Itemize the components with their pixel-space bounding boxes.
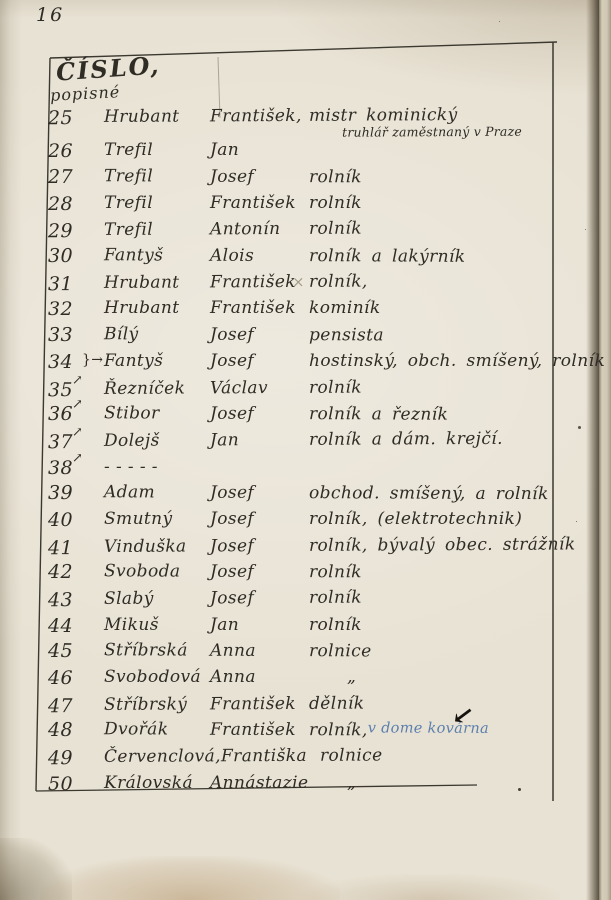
ditto-mark: „ [309, 773, 356, 793]
house-number: 42 [0, 561, 104, 583]
occupation: rolník [309, 615, 362, 635]
surname: Červenclová, [104, 747, 221, 768]
house-number: 49 [0, 747, 104, 770]
house-number: 26 [0, 140, 104, 162]
surname: Fantyš [104, 245, 210, 265]
house-number: 38 [0, 457, 104, 479]
surname: Stříbrská [104, 640, 210, 660]
house-number: 33 [0, 324, 104, 346]
surname: Svobodová [104, 667, 210, 687]
occupation: rolník [309, 588, 362, 608]
house-number: 35 [0, 378, 104, 401]
house-number: 30 [0, 245, 104, 267]
house-number: 27 [0, 165, 104, 187]
check-arrow-mark: ↙ [450, 699, 476, 732]
given-name: František [210, 193, 309, 213]
surname: Dolejš [104, 431, 210, 452]
arrow-marker: ↗ [72, 397, 83, 412]
given-name: Jan [210, 430, 309, 451]
given-name: František, [210, 106, 309, 127]
house-number: 43 [0, 589, 104, 612]
occupation: rolnice [320, 746, 383, 766]
ledger-row: 28TrefilFrantišekrolník [0, 193, 560, 215]
surname: - - - - - [104, 457, 210, 477]
ledger-row: 45StříbrskáAnnarolnice [0, 640, 560, 664]
house-number: 44 [0, 615, 104, 637]
given-name: Annástazie [210, 773, 309, 793]
given-name: Josef [210, 483, 309, 503]
surname: Trefil [104, 193, 210, 213]
ledger-row: 25HrubantFrantišek,mistr kominickýtruhlá… [0, 105, 560, 130]
surname: Trefil [104, 166, 210, 186]
house-number: 48 [0, 719, 104, 741]
ledger-row: 27TrefilJosefrolník [0, 165, 560, 189]
occupation: rolník [309, 219, 362, 239]
given-name: Antonín [210, 219, 309, 240]
surname: Královská [104, 773, 210, 793]
surname: Hrubant [104, 298, 210, 318]
house-number: 28 [0, 193, 104, 215]
given-name: Jan [210, 140, 309, 160]
occupation: obchod. smíšený, a rolník [309, 483, 549, 504]
given-name: Josef [210, 588, 309, 609]
given-name: Josef [210, 324, 309, 344]
occupation: rolník, [309, 720, 368, 740]
given-name: Josef [210, 509, 309, 529]
given-name: František [210, 694, 309, 715]
house-number: 39 [0, 482, 104, 504]
surname: Fantyš [104, 351, 210, 371]
surname: Dvořák [104, 719, 210, 739]
ledger-row: 30FantyšAloisrolník a lakýrník [0, 245, 560, 269]
house-number: 25 [0, 107, 104, 130]
ledger-row: 29TrefilAntonínrolník [0, 218, 560, 243]
given-name: Františka [221, 746, 320, 767]
given-name: Josef [210, 166, 309, 186]
ledger-row: 36↗StiborJosefrolník a řezník [0, 403, 560, 427]
given-name: Alois [210, 245, 309, 265]
house-number: 41 [0, 537, 104, 560]
given-name: František [210, 720, 309, 740]
house-number: 37 [0, 431, 104, 454]
occupation: dělník [309, 693, 365, 713]
occupation: rolník, [309, 272, 368, 292]
house-number: 45 [0, 640, 104, 662]
ledger-row: 35↗ŘezníčekVáclavrolník [0, 376, 560, 401]
occupation: rolník [309, 562, 362, 582]
occupation: kominík [309, 298, 381, 318]
ledger-row: 31HrubantFrantišekrolník,× [0, 271, 560, 296]
surname: Stříbrský [104, 694, 210, 715]
arrow-marker: ↗ [72, 451, 83, 466]
ledger-row: 26TrefilJan [0, 140, 560, 162]
occupation: rolník [309, 377, 362, 397]
ledger-row: 48DvořákFrantišekrolník, v dome kovárna↙ [0, 719, 560, 743]
ledger-row: 33BílýJosefpensista [0, 324, 560, 348]
house-number: 29 [0, 220, 104, 243]
house-number: 36 [0, 403, 104, 425]
scanned-ledger-page: 16 ČÍSLO, popisné 25HrubantFrantišek,mis… [0, 0, 611, 900]
surname: Adam [104, 482, 210, 502]
given-name: Josef [210, 404, 309, 424]
surname: Trefil [104, 140, 210, 160]
ledger-row: 50KrálovskáAnnástazie„ [0, 773, 560, 795]
occupation: pensista [309, 325, 384, 345]
occupation: rolnice [309, 641, 372, 661]
house-number: 31 [0, 273, 104, 296]
occupation: rolník a dám. krejčí. [309, 429, 503, 450]
ledger-row: 38↗- - - - - [0, 457, 560, 479]
surname: Smutný [104, 509, 210, 529]
ledger-row: 42SvobodaJosefrolník [0, 561, 560, 585]
occupation: rolník a lakýrník [309, 246, 466, 267]
arrow-marker: ↗ [72, 373, 83, 388]
surname: Slabý [104, 589, 210, 610]
given-name: František [210, 298, 309, 318]
occupation: rolník [309, 193, 362, 213]
surname: Vinduška [104, 536, 210, 557]
ledger-row: 34}→FantyšJosefhostinský, obch. smíšený,… [0, 351, 560, 373]
given-name: Jan [210, 615, 309, 635]
occupation: rolník [309, 167, 362, 187]
occupation: mistr kominický [309, 105, 458, 126]
pencil-x-mark: × [292, 273, 305, 291]
occupation: rolník, bývalý obec. strážník [309, 534, 576, 555]
ledger-row: 41VinduškaJosefrolník, bývalý obec. strá… [0, 534, 560, 559]
house-number: 40 [0, 509, 104, 531]
surname: Hrubant [104, 106, 210, 127]
ledger-row: 37↗DolejšJanrolník a dám. krejčí. [0, 429, 560, 454]
ledger-row: 32HrubantFrantišekkominík [0, 298, 560, 320]
given-name: Josef [210, 351, 309, 371]
ledger-row: 40SmutnýJosefrolník, (elektrotechnik) [0, 509, 560, 531]
given-name: Josef [210, 535, 309, 556]
given-name: Josef [210, 562, 309, 582]
surname: Hrubant [104, 272, 210, 293]
arrow-marker: ↗ [72, 425, 83, 440]
house-number: 32 [0, 298, 104, 320]
ledger-row: 46SvobodováAnna„ [0, 667, 560, 689]
ledger-rows: 25HrubantFrantišek,mistr kominickýtruhlá… [0, 0, 611, 900]
second-line-note: truhlář zaměstnaný v Praze [342, 124, 522, 140]
given-name: Anna [210, 667, 309, 687]
given-name: Anna [210, 641, 309, 661]
ditto-mark: „ [309, 667, 356, 687]
surname: Bílý [104, 324, 210, 344]
occupation: rolník, (elektrotechnik) [309, 509, 522, 529]
ledger-row: 39AdamJosefobchod. smíšený, a rolník [0, 482, 560, 506]
surname: Stibor [104, 403, 210, 423]
given-name: Václav [210, 377, 309, 398]
surname: Mikuš [104, 615, 210, 635]
brace-arrow-marker: }→ [82, 352, 103, 368]
house-number: 46 [0, 667, 104, 689]
house-number: 47 [0, 695, 104, 718]
occupation: rolník a řezník [309, 404, 448, 425]
house-number: 50 [0, 773, 104, 795]
surname: Řezníček [104, 378, 210, 399]
ledger-row: 44MikušJanrolník [0, 615, 560, 637]
surname: Svoboda [104, 561, 210, 581]
ledger-row: 47StříbrskýFrantišekdělník [0, 692, 560, 717]
ledger-row: 49Červenclová,Františkarolnice [0, 745, 560, 770]
occupation: hostinský, obch. smíšený, rolník [309, 351, 605, 371]
ledger-row: 43SlabýJosefrolník [0, 587, 560, 612]
surname: Trefil [104, 220, 210, 241]
